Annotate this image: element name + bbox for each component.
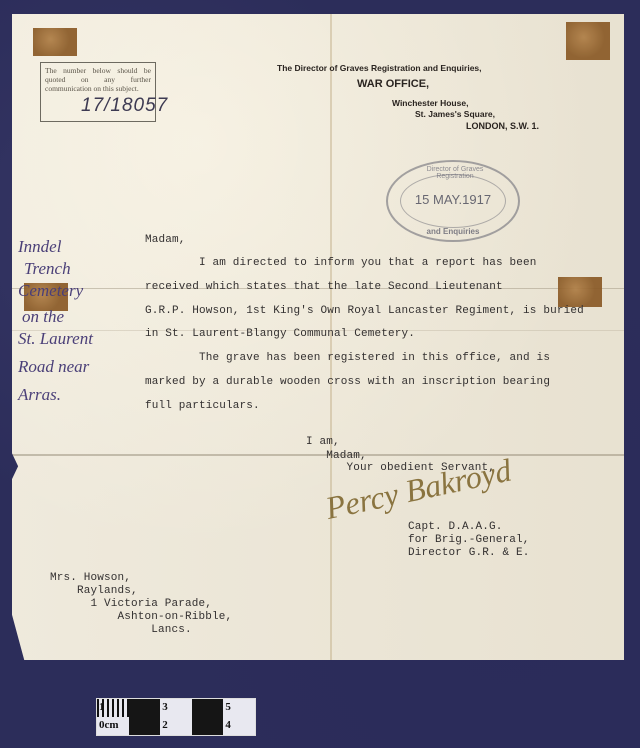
stamp-date: 15 MAY.1917 bbox=[388, 192, 518, 207]
margin-note-line: Cemetery bbox=[18, 280, 93, 302]
scale-cell: 5 bbox=[223, 699, 255, 717]
body-line: I am directed to inform you that a repor… bbox=[145, 257, 537, 269]
scale-cell bbox=[192, 699, 224, 717]
scale-cell: 4 bbox=[223, 717, 255, 735]
tape-mark bbox=[566, 22, 610, 60]
body-line: full particulars. bbox=[145, 400, 260, 412]
stamp-top-text: Director of Graves Registration bbox=[408, 166, 502, 180]
letterhead-war-office: WAR OFFICE, bbox=[357, 78, 429, 90]
margin-note-line: Inndel bbox=[18, 236, 93, 258]
scale-cell bbox=[192, 717, 224, 735]
address-line: Ashton-on-Ribble, bbox=[50, 611, 232, 623]
letterhead-line-5: LONDON, S.W. 1. bbox=[466, 121, 539, 131]
scale-cell bbox=[129, 717, 161, 735]
handwritten-margin-note: Inndel Trench Cemetery on the St. Lauren… bbox=[18, 236, 93, 406]
address-line: Mrs. Howson, bbox=[50, 572, 131, 584]
letterhead-line-3: Winchester House, bbox=[392, 98, 468, 108]
scale-cell: 1 bbox=[97, 699, 129, 717]
margin-note-line: Arras. bbox=[18, 384, 93, 406]
scale-cell bbox=[129, 699, 161, 717]
margin-note-line: on the bbox=[18, 306, 93, 328]
body-line: marked by a durable wooden cross with an… bbox=[145, 376, 550, 388]
scale-cell: 3 bbox=[160, 699, 192, 717]
body-line: received which states that the late Seco… bbox=[145, 281, 503, 293]
tape-mark bbox=[33, 28, 77, 56]
signatory-line: Director G.R. & E. bbox=[408, 547, 530, 559]
reference-number: 17/18057 bbox=[81, 95, 168, 117]
address-line: Raylands, bbox=[50, 585, 138, 597]
letterhead-line-1: The Director of Graves Registration and … bbox=[277, 63, 482, 73]
margin-note-line: Trench bbox=[18, 258, 93, 280]
closing-line: Madam, bbox=[306, 450, 367, 462]
signatory-line: for Brig.-General, bbox=[408, 534, 530, 546]
reference-note: The number below should be quoted on any… bbox=[45, 66, 151, 93]
address-line: Lancs. bbox=[50, 624, 192, 636]
reference-number-box: The number below should be quoted on any… bbox=[40, 62, 156, 122]
scale-cell: 2 bbox=[160, 717, 192, 735]
scale-cell: 0cm bbox=[97, 717, 129, 735]
received-date-stamp: Director of Graves Registration 15 MAY.1… bbox=[386, 160, 520, 242]
body-line: G.R.P. Howson, 1st King's Own Royal Lanc… bbox=[145, 305, 584, 317]
body-line: The grave has been registered in this of… bbox=[145, 352, 550, 364]
salutation: Madam, bbox=[145, 234, 186, 246]
margin-note-line: Road near bbox=[18, 356, 93, 378]
closing-line: I am, bbox=[306, 436, 340, 448]
body-line: in St. Laurent-Blangy Communal Cemetery. bbox=[145, 328, 415, 340]
tape-mark bbox=[558, 277, 602, 307]
stamp-bottom-text: and Enquiries bbox=[388, 227, 518, 236]
margin-note-line: St. Laurent bbox=[18, 328, 93, 350]
address-line: 1 Victoria Parade, bbox=[50, 598, 212, 610]
signatory-line: Capt. D.A.A.G. bbox=[408, 521, 503, 533]
letterhead-line-4: St. James's Square, bbox=[415, 109, 495, 119]
centimetre-scale-bar: 1 3 5 0cm 2 4 bbox=[96, 698, 256, 736]
